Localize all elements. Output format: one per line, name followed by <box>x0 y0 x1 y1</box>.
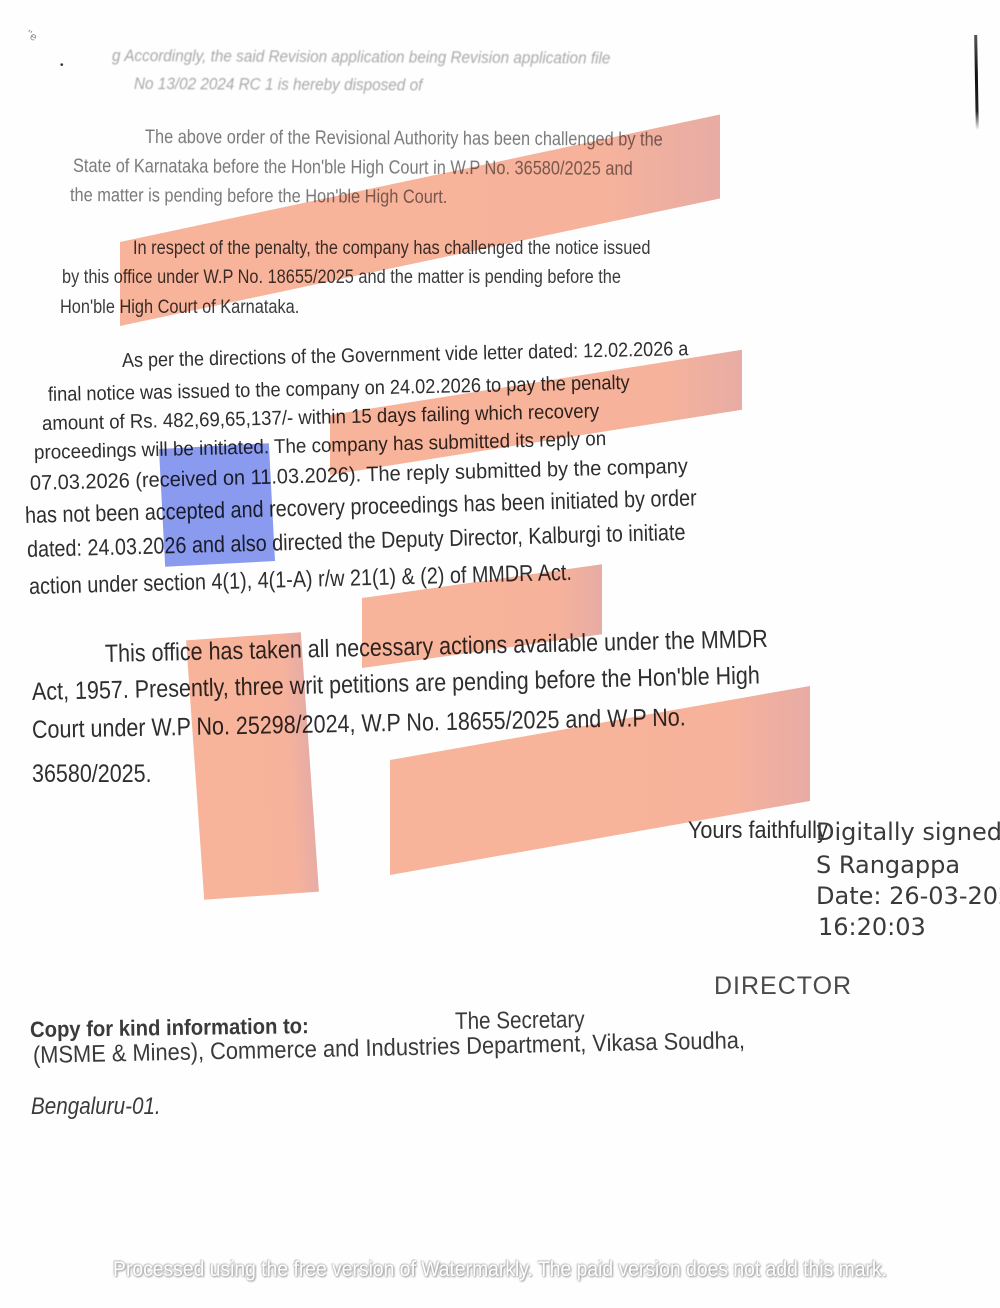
yours-faithfully: Yours faithfully <box>688 817 828 845</box>
para3-line-8: action under section 4(1), 4(1-A) r/w 21… <box>29 559 573 600</box>
para1-line-3: the matter is pending before the Hon'ble… <box>70 185 447 209</box>
signatory-designation: DIRECTOR <box>714 972 852 1001</box>
fragment-line-2: No 13/02 2024 RC 1 is hereby disposed of <box>134 74 422 96</box>
para3-line-1: As per the directions of the Government … <box>122 338 689 373</box>
watermark-text: Processed using the free version of Wate… <box>40 1258 960 1282</box>
para1-line-2: State of Karnataka before the Hon'ble Hi… <box>73 156 633 181</box>
digital-signature-time: 16:20:03 <box>818 913 926 941</box>
para1-line-1: The above order of the Revisional Author… <box>145 127 663 152</box>
copy-to-city: Bengaluru-01. <box>31 1093 161 1121</box>
digital-signature-date: Date: 26-03-202 <box>816 882 1000 910</box>
margin-dot: • <box>60 60 64 71</box>
para4-line-4: 36580/2025. <box>32 760 152 789</box>
para4-line-1: This office has taken all necessary acti… <box>105 625 768 669</box>
page-edge-line <box>974 35 979 130</box>
margin-scribble: '’e <box>24 28 39 44</box>
digital-signature-name: S Rangappa <box>816 851 960 879</box>
para4-line-3: Court under W.P No. 25298/2024, W.P No. … <box>32 703 686 745</box>
fragment-line-1: g Accordingly, the said Revision applica… <box>112 46 610 69</box>
digital-signature-line-1: Digitally signed b <box>816 818 1000 846</box>
para2-line-2: by this office under W.P No. 18655/2025 … <box>62 267 621 289</box>
para2-line-3: Hon'ble High Court of Karnataka. <box>60 297 299 319</box>
para4-line-2: Act, 1957. Presently, three writ petitio… <box>32 661 760 707</box>
para2-line-1: In respect of the penalty, the company h… <box>133 238 650 260</box>
scanned-letter-page: '’e • g Accordingly, the said Revision a… <box>0 0 1000 1308</box>
